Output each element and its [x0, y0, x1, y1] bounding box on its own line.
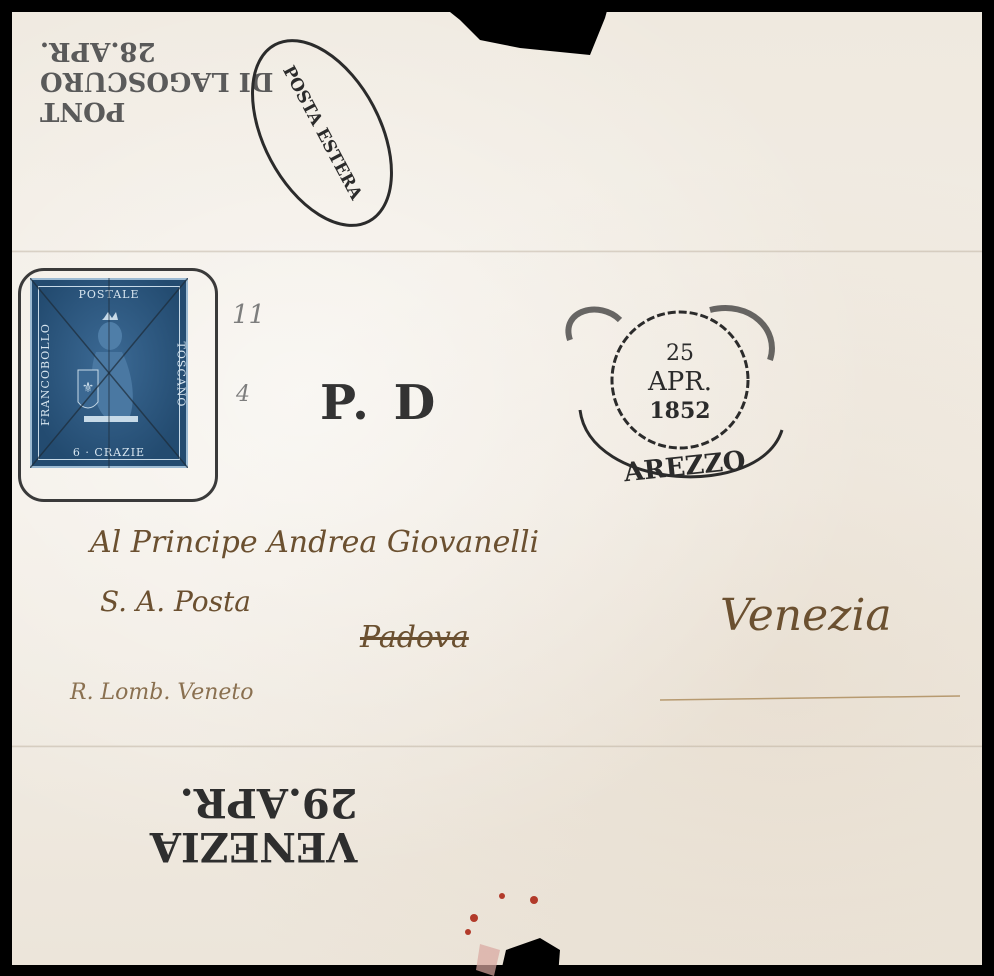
ponte-date: 28.APR. — [40, 36, 273, 66]
ponte-line2: DI LAGOSCURO — [40, 66, 273, 96]
svg-text:APR.: APR. — [647, 367, 712, 397]
postage-stamp: POSTALE 6 · CRAZIE FRANCOBOLLO TOSCANO ⚜ — [30, 278, 188, 468]
pencil-mark: 4 — [236, 382, 250, 407]
address-line1: Al Principe Andrea Giovanelli — [90, 525, 539, 560]
svg-text:POSTA ESTERA: POSTA ESTERA — [278, 63, 366, 205]
wax-seal-tear — [440, 880, 590, 976]
svg-text:25: 25 — [666, 341, 694, 366]
fold-line — [12, 745, 982, 748]
venezia-town: VENEZIA — [150, 824, 358, 868]
struck-city: Padova — [360, 620, 469, 655]
ponte-postmark: PONT DI LAGOSCURO 28.APR. — [40, 36, 273, 126]
torn-edge-top — [410, 0, 610, 60]
arezzo-postmark: 25 APR. 1852 AREZZO — [560, 300, 790, 500]
pencil-mark: 11 — [232, 300, 265, 330]
fold-line — [12, 250, 982, 253]
svg-text:AREZZO: AREZZO — [621, 446, 747, 489]
address-line2: S. A. Posta — [100, 585, 251, 618]
address-line3: R. Lomb. Veneto — [70, 680, 254, 705]
address-city: Venezia — [720, 590, 892, 641]
posta-estera-oval-postmark: POSTA ESTERA — [242, 28, 402, 238]
venezia-postmark: VENEZIA 29.APR. — [150, 780, 358, 868]
cancel-lines — [30, 278, 188, 468]
venezia-date: 29.APR. — [150, 780, 358, 824]
manuscript-underline — [660, 690, 960, 710]
pd-postmark: P. D — [320, 375, 439, 431]
ponte-line1: PONT — [40, 96, 273, 126]
svg-text:1852: 1852 — [649, 398, 710, 424]
